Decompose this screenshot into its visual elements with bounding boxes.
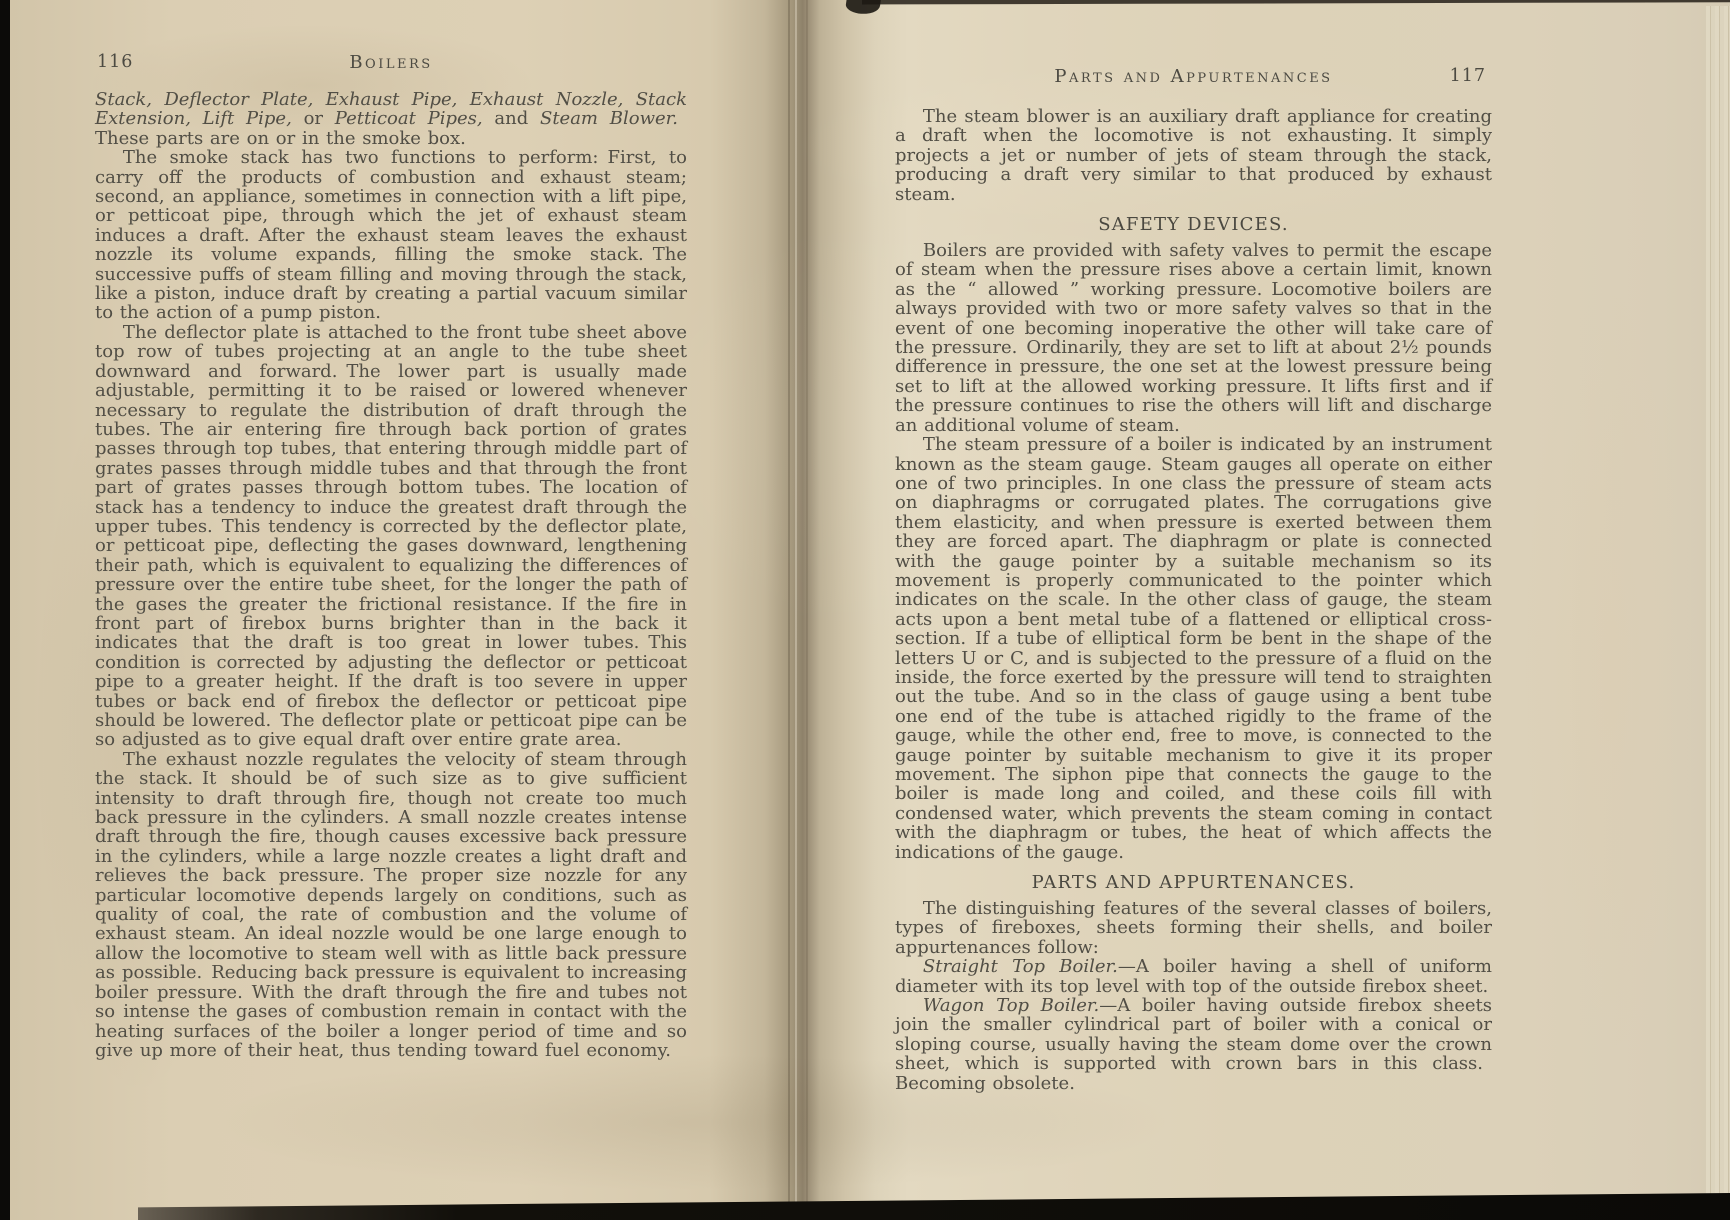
paragraph: The deflector plate is attached to the f… <box>95 323 687 750</box>
page-number-left: 116 <box>97 52 133 72</box>
running-head-left: Boilers <box>95 52 687 73</box>
paragraph: The steam pressure of a boiler is indica… <box>895 435 1492 862</box>
paragraph: Wagon Top Boiler.—A boiler having outsid… <box>895 996 1492 1093</box>
paragraph: The steam blower is an auxiliary draft a… <box>895 107 1492 204</box>
section-heading: PARTS AND APPURTENANCES. <box>895 872 1492 893</box>
left-page-header: 116 Boilers <box>95 52 687 77</box>
right-page-text: The steam blower is an auxiliary draft a… <box>895 107 1492 1093</box>
right-page-header: Parts and Appurtenances 117 <box>895 66 1492 91</box>
paragraph: The distinguishing features of the sever… <box>895 899 1492 957</box>
right-page: Parts and Appurtenances 117 The steam bl… <box>895 66 1492 1093</box>
section-heading: SAFETY DEVICES. <box>895 214 1492 235</box>
gutter-shadow <box>788 0 814 1220</box>
paragraph: Straight Top Boiler.—A boiler having a s… <box>895 957 1492 996</box>
book-scan: 116 Boilers Stack, Deflector Plate, Exha… <box>0 0 1730 1220</box>
left-page-text: Stack, Deflector Plate, Exhaust Pipe, Ex… <box>95 90 687 1060</box>
scan-border-bottom <box>138 1190 1730 1220</box>
scan-border-top <box>862 0 1730 5</box>
paragraph: Boilers are provided with safety valves … <box>895 241 1492 435</box>
page-edges <box>1706 6 1730 1196</box>
gutter-notch <box>845 0 881 16</box>
paragraph: The smoke stack has two functions to per… <box>95 148 687 323</box>
book-spread: 116 Boilers Stack, Deflector Plate, Exha… <box>0 0 1730 1220</box>
scan-border-left <box>0 0 10 1220</box>
page-number-right: 117 <box>1450 66 1486 86</box>
paragraph: The exhaust nozzle regulates the velocit… <box>95 750 687 1061</box>
paragraph: Stack, Deflector Plate, Exhaust Pipe, Ex… <box>95 90 687 148</box>
left-page: 116 Boilers Stack, Deflector Plate, Exha… <box>95 52 687 1060</box>
running-head-right: Parts and Appurtenances <box>895 66 1492 87</box>
